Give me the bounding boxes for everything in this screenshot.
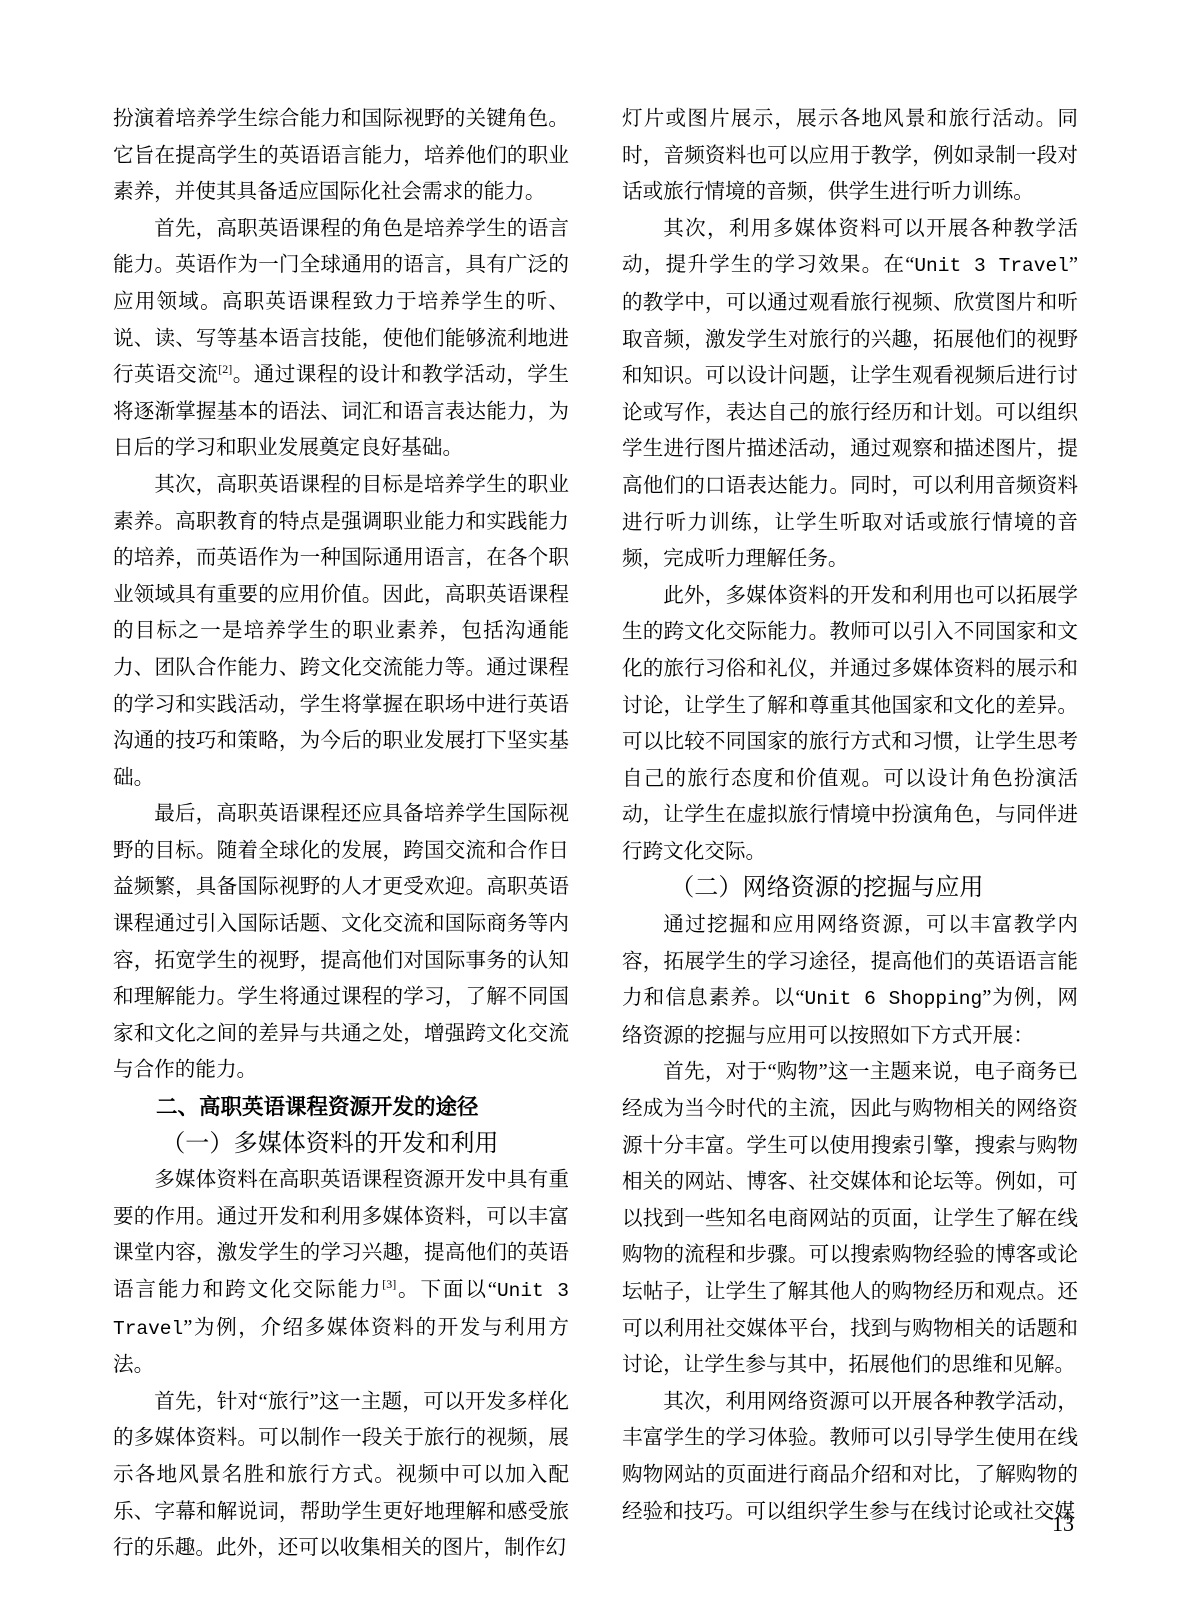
paragraph: 首先，针对“旅行”这一主题，可以开发多样化的多媒体资料。可以制作一段关于旅行的视… bbox=[113, 1384, 569, 1567]
text-segment: （一）多媒体资料的开发和利用 bbox=[161, 1131, 498, 1157]
right-column: 灯片或图片展示，展示各地风景和旅行活动。同时，音频资料也可以应用于教学，例如录制… bbox=[622, 101, 1078, 1530]
page-number: 13 bbox=[1052, 1511, 1074, 1537]
paper-page: 扮演着培养学生综合能力和国际视野的关键角色。它旨在提高学生的英语语言能力，培养他… bbox=[0, 0, 1191, 1616]
paragraph: 最后，高职英语课程还应具备培养学生国际视野的目标。随着全球化的发展，跨国交流和合… bbox=[113, 796, 569, 1089]
paragraph: 多媒体资料在高职英语课程资源开发中具有重要的作用。通过开发和利用多媒体资料，可以… bbox=[113, 1162, 569, 1384]
text-segment: 二、高职英语课程资源开发的途径 bbox=[156, 1095, 479, 1119]
reference-marker: [3] bbox=[382, 1277, 396, 1291]
text-segment: ”的教学中，可以通过观看旅行视频、欣赏图片和听取音频，激发学生对旅行的兴趣，拓展… bbox=[622, 254, 1078, 570]
text-segment: 其次，利用网络资源可以开展各种教学活动，丰富学生的学习体验。教师可以引导学生使用… bbox=[622, 1391, 1078, 1523]
section-heading: 二、高职英语课程资源开发的途径 bbox=[113, 1089, 569, 1126]
text-segment: （二）网络资源的挖掘与应用 bbox=[670, 875, 983, 901]
paragraph-continuation: 扮演着培养学生综合能力和国际视野的关键角色。它旨在提高学生的英语语言能力，培养他… bbox=[113, 101, 569, 211]
text-segment: 扮演着培养学生综合能力和国际视野的关键角色。它旨在提高学生的英语语言能力，培养他… bbox=[113, 108, 569, 203]
text-segment: 此外，多媒体资料的开发和利用也可以拓展学生的跨文化交际能力。教师可以引入不同国家… bbox=[622, 585, 1078, 863]
text-segment: 首先，针对“旅行”这一主题，可以开发多样化的多媒体资料。可以制作一段关于旅行的视… bbox=[113, 1391, 569, 1559]
text-segment: 灯片或图片展示，展示各地风景和旅行活动。同时，音频资料也可以应用于教学，例如录制… bbox=[622, 108, 1078, 203]
text-segment: 首先，高职英语课程的角色是培养学生的语言能力。英语作为一门全球通用的语言，具有广… bbox=[113, 218, 569, 386]
text-segment: 最后，高职英语课程还应具备培养学生国际视野的目标。随着全球化的发展，跨国交流和合… bbox=[113, 803, 569, 1081]
subsection-heading: （一）多媒体资料的开发和利用 bbox=[113, 1126, 569, 1163]
paragraph: 此外，多媒体资料的开发和利用也可以拓展学生的跨文化交际能力。教师可以引入不同国家… bbox=[622, 578, 1078, 871]
text-segment: 。下面以“ bbox=[396, 1279, 497, 1301]
text-segment: Unit 6 Shopping bbox=[805, 988, 983, 1010]
text-segment: 首先，对于“购物”这一主题来说，电子商务已经成为当今时代的主流，因此与购物相关的… bbox=[622, 1061, 1078, 1376]
paragraph: 其次，利用多媒体资料可以开展各种教学活动，提升学生的学习效果。在“Unit 3 … bbox=[622, 211, 1078, 578]
text-segment: Unit 3 Travel bbox=[914, 255, 1069, 277]
subsection-heading: （二）网络资源的挖掘与应用 bbox=[622, 870, 1078, 907]
paragraph-continuation: 灯片或图片展示，展示各地风景和旅行活动。同时，音频资料也可以应用于教学，例如录制… bbox=[622, 101, 1078, 211]
paragraph: 首先，对于“购物”这一主题来说，电子商务已经成为当今时代的主流，因此与购物相关的… bbox=[622, 1054, 1078, 1383]
paragraph: 其次，利用网络资源可以开展各种教学活动，丰富学生的学习体验。教师可以引导学生使用… bbox=[622, 1384, 1078, 1530]
text-segment: 其次，高职英语课程的目标是培养学生的职业素养。高职教育的特点是强调职业能力和实践… bbox=[113, 474, 569, 789]
paragraph: 首先，高职英语课程的角色是培养学生的语言能力。英语作为一门全球通用的语言，具有广… bbox=[113, 211, 569, 467]
reference-marker: [2] bbox=[218, 362, 232, 376]
paragraph: 通过挖掘和应用网络资源，可以丰富教学内容，拓展学生的学习途径，提高他们的英语语言… bbox=[622, 907, 1078, 1054]
paragraph: 其次，高职英语课程的目标是培养学生的职业素养。高职教育的特点是强调职业能力和实践… bbox=[113, 467, 569, 796]
left-column: 扮演着培养学生综合能力和国际视野的关键角色。它旨在提高学生的英语语言能力，培养他… bbox=[113, 101, 569, 1567]
